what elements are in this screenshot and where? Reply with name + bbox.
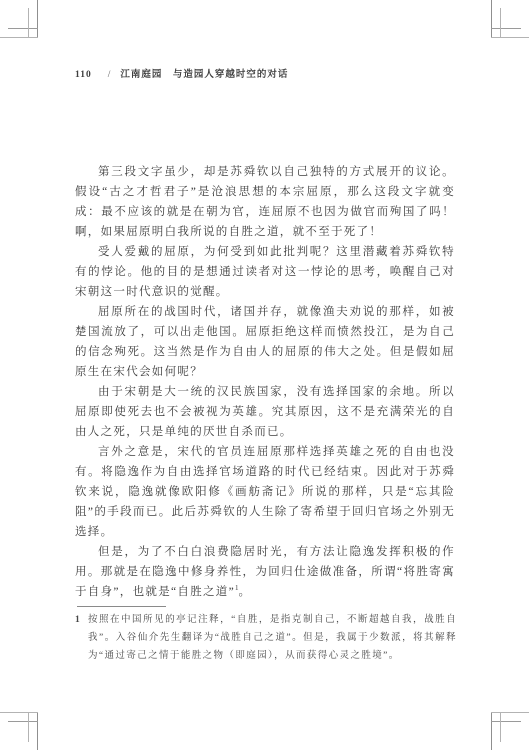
book-title: 江南庭园 与造园人穿越时空的对话 (120, 66, 288, 80)
footnote: 1按照在中国所见的亭记注释，“自胜，是指克制自己，不断超越自我，战胜自我”。入谷… (75, 611, 457, 665)
page-number: 110 (75, 70, 92, 80)
paragraph: 但是，为了不白白浪费隐居时光，有方法让隐逸发挥积极的作用。那就是在隐逸中修身养性… (75, 542, 455, 602)
paragraph-text: 。 (239, 586, 252, 598)
paragraph: 言外之意是，宋代的官员连屈原那样选择英雄之死的自由也没有。将隐逸作为自由选择官场… (75, 442, 455, 542)
crop-mark-line (491, 712, 492, 750)
paragraph: 第三段文字虽少，却是苏舜钦以自己独特的方式展开的议论。假设“古之才哲君子”是沧浪… (75, 162, 455, 242)
crop-mark-line (491, 37, 529, 38)
crop-mark-bottom-left-icon (0, 708, 42, 750)
body-text: 第三段文字虽少，却是苏舜钦以自己独特的方式展开的议论。假设“古之才哲君子”是沧浪… (75, 162, 455, 602)
crop-mark-line (28, 712, 29, 742)
crop-mark-line (491, 721, 521, 722)
crop-mark-line (37, 0, 38, 38)
crop-mark-top-left-icon (0, 0, 42, 42)
crop-mark-top-right-icon (487, 0, 529, 42)
crop-mark-line (0, 712, 38, 713)
header-separator: / (108, 70, 112, 80)
footnote-rule (77, 606, 166, 607)
crop-mark-line (500, 712, 501, 742)
footnote-marker: 1 (75, 611, 81, 629)
crop-mark-line (8, 721, 38, 722)
book-page: 110 / 江南庭园 与造园人穿越时空的对话 第三段文字虽少，却是苏舜钦以自己独… (0, 0, 529, 750)
footnote-text: 按照在中国所见的亭记注释，“自胜，是指克制自己，不断超越自我，战胜自我”。入谷仙… (88, 615, 457, 661)
crop-mark-line (0, 37, 38, 38)
paragraph: 屈原所在的战国时代，诸国并存，就像渔夫劝说的那样，如被楚国流放了，可以出走他国。… (75, 302, 455, 382)
crop-mark-line (28, 8, 29, 38)
crop-mark-bottom-right-icon (487, 708, 529, 750)
paragraph: 受人爱戴的屈原，为何受到如此批判呢？这里潜藏着苏舜钦特有的悖论。他的目的是想通过… (75, 242, 455, 302)
crop-mark-line (8, 28, 38, 29)
paragraph-text: 但是，为了不白白浪费隐居时光，有方法让隐逸发挥积极的作用。那就是在隐逸中修身养性… (75, 546, 455, 598)
crop-mark-line (500, 8, 501, 38)
running-head: 110 / 江南庭园 与造园人穿越时空的对话 (75, 66, 455, 80)
crop-mark-line (491, 28, 521, 29)
crop-mark-line (37, 712, 38, 750)
crop-mark-line (491, 0, 492, 38)
paragraph: 由于宋朝是大一统的汉民族国家，没有选择国家的余地。所以屈原即使死去也不会被视为英… (75, 382, 455, 442)
crop-mark-line (491, 712, 529, 713)
footnote-body: 1按照在中国所见的亭记注释，“自胜，是指克制自己，不断超越自我，战胜自我”。入谷… (75, 611, 457, 665)
